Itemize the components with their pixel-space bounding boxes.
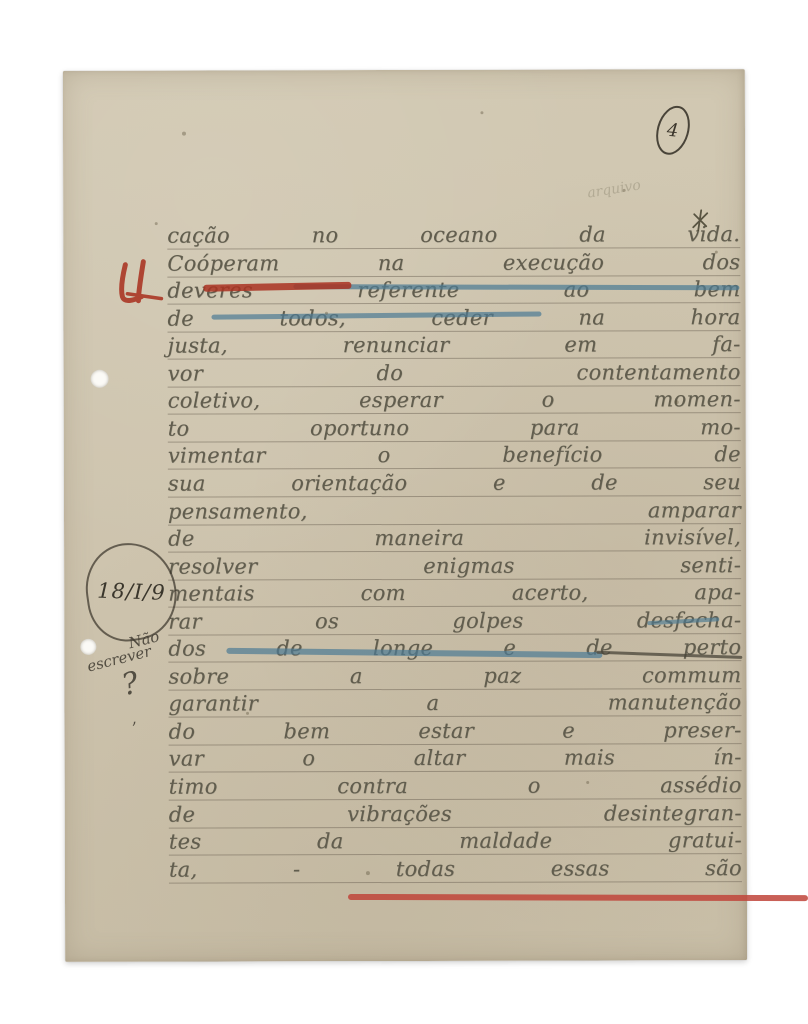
manuscript-line-text: vor do contentamento: [168, 357, 741, 387]
manuscript-line-text: vimentar o benefício de: [168, 440, 741, 470]
manuscript-line: garantir a manutenção: [168, 687, 741, 718]
manuscript-line: pensamento, amparar: [168, 495, 741, 526]
manuscript-line-text: timo contra o assédio: [169, 770, 742, 800]
manuscript-line: sua orientação e de seu: [168, 467, 741, 498]
manuscript-line: ta, - todas essas são: [169, 853, 742, 884]
margin-note-dot: ,: [128, 708, 138, 728]
punch-hole-bottom: [80, 639, 96, 655]
manuscript-line: var o altar mais ín-: [169, 743, 742, 774]
manuscript-line-text: to oportuno para mo-: [168, 412, 741, 442]
manuscript-line: de maneira invisível,: [168, 522, 741, 553]
manuscript-line: timo contra o assédio: [169, 770, 742, 801]
page-number-circle: 4: [651, 102, 695, 159]
manuscript-line-text: sobre a paz commum: [168, 660, 741, 690]
scanned-document-image: cação no oceano da vida.Coóperam na exec…: [0, 0, 808, 1024]
manuscript-line: Coóperam na execução dos: [167, 247, 740, 278]
manuscript-line-text: garantir a manutenção: [168, 687, 741, 717]
manuscript-line: vimentar o benefício de: [168, 440, 741, 471]
manuscript-line-text: coletivo, esperar o momen-: [168, 384, 741, 414]
manuscript-line-text: tes da maldade gratui-: [169, 825, 742, 855]
manuscript-line-text: de vibrações desintegran-: [169, 798, 742, 828]
manuscript-line: de vibrações desintegran-: [169, 798, 742, 829]
manuscript-line: cação no oceano da vida.: [167, 219, 740, 250]
manuscript-line-text: pensamento, amparar: [168, 495, 741, 525]
manuscript-text-block: cação no oceano da vida.Coóperam na exec…: [63, 69, 745, 71]
paper-specks: [63, 71, 65, 73]
manuscript-line: do bem estar e preser-: [169, 715, 742, 746]
manuscript-line: coletivo, esperar o momen-: [168, 384, 741, 415]
faint-pencil-note: arquivo: [586, 177, 642, 201]
manuscript-line-text: justa, renunciar em fa-: [168, 329, 741, 359]
star-mark-icon: [690, 209, 710, 231]
manuscript-line: resolver enigmas senti-: [168, 550, 741, 581]
manuscript-line-text: resolver enigmas senti-: [168, 550, 741, 580]
manuscript-line: sobre a paz commum: [168, 660, 741, 691]
manuscript-line: justa, renunciar em fa-: [168, 329, 741, 360]
manuscript-line-text: de maneira invisível,: [168, 522, 741, 552]
manuscript-line-text: mentais com acerto, apa-: [168, 577, 741, 607]
manuscript-line: mentais com acerto, apa-: [168, 577, 741, 608]
manuscript-line-text: var o altar mais ín-: [169, 743, 742, 773]
page-number: 4: [666, 119, 680, 141]
manuscript-line-text: do bem estar e preser-: [169, 715, 742, 745]
manuscript-line-text: dos de longe e de perto: [168, 632, 741, 662]
manuscript-line-text: Coóperam na execução dos: [167, 247, 740, 277]
punch-hole-top: [91, 370, 109, 388]
manuscript-line-text: cação no oceano da vida.: [167, 219, 740, 249]
margin-date: 18/I/9: [97, 579, 166, 605]
manuscript-line: vor do contentamento: [168, 357, 741, 388]
manuscript-line-text: sua orientação e de seu: [168, 467, 741, 497]
manuscript-line: to oportuno para mo-: [168, 412, 741, 443]
red-underline-final-line: [348, 894, 808, 901]
manuscript-line-text: ta, - todas essas são: [169, 853, 742, 883]
margin-note-question-mark: ?: [118, 665, 142, 703]
manuscript-line: tes da maldade gratui-: [169, 825, 742, 856]
red-margin-mark-icon: [109, 257, 171, 311]
manuscript-page: cação no oceano da vida.Coóperam na exec…: [63, 69, 747, 962]
manuscript-line-text: rar os golpes desfecha-: [168, 605, 741, 635]
